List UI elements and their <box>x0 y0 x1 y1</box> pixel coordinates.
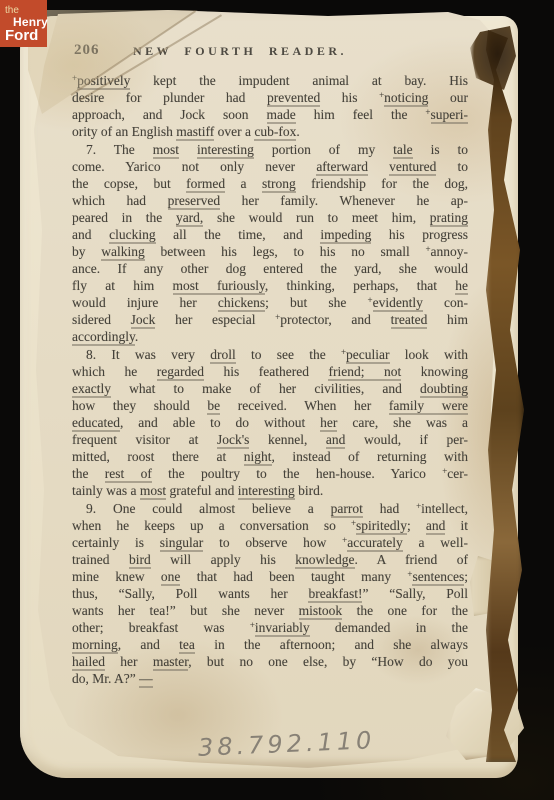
text-line: other; breakfast was +invariably demande… <box>72 619 468 636</box>
paragraph: 8. It was very droll to see the +peculia… <box>72 346 468 499</box>
scanned-book-page-photo: 206 NEW FOURTH READER. +positively kept … <box>0 0 554 800</box>
text-line: fly at him most furiously, thinking, per… <box>72 277 468 294</box>
text-line: trained bird will apply his knowledge. A… <box>72 551 468 568</box>
text-line: ority of an English mastiff over a cub-f… <box>72 123 468 140</box>
text-line: accordingly. <box>72 328 468 345</box>
text-line: come. Yarico not only never afterward ve… <box>72 158 468 175</box>
text-line: exactly what to make of her civilities, … <box>72 380 468 397</box>
text-line: mitted, roost there at night, instead of… <box>72 448 468 465</box>
text-line: morning, and tea in the afternoon; and s… <box>72 636 468 653</box>
text-line: frequent visitor at Jock's kennel, and w… <box>72 431 468 448</box>
text-line: 7. The most interesting portion of my ta… <box>72 141 468 158</box>
text-line: when he keeps up a conversation so +spir… <box>72 517 468 534</box>
text-line: approach, and Jock soon made him feel th… <box>72 106 468 123</box>
book-page: 206 NEW FOURTH READER. +positively kept … <box>28 10 508 768</box>
catalog-number-handwritten: 38.792.110 <box>197 726 375 762</box>
paragraph: 9. One could almost believe a parrot had… <box>72 500 468 687</box>
text-line: sidered Jock her especial +protector, an… <box>72 311 468 328</box>
henry-ford-logo: the Henry Ford <box>0 0 47 47</box>
text-line: tainly was a most grateful and interesti… <box>72 482 468 499</box>
paragraph: +positively kept the impudent animal at … <box>72 72 468 140</box>
text-line: educated, and able to do without her car… <box>72 414 468 431</box>
text-line: hailed her master, but no one else, by “… <box>72 653 468 670</box>
text-block: +positively kept the impudent animal at … <box>72 72 468 688</box>
logo-ford: Ford <box>5 27 38 44</box>
text-line: wants her tea!” but she never mistook th… <box>72 602 468 619</box>
text-line: 8. It was very droll to see the +peculia… <box>72 346 468 363</box>
text-line: do, Mr. A?” — <box>72 670 468 687</box>
paragraph: 7. The most interesting portion of my ta… <box>72 141 468 345</box>
text-line: which he regarded his feathered friend; … <box>72 363 468 380</box>
text-line: thus, “Sally, Poll wants her breakfast!”… <box>72 585 468 602</box>
text-line: peared in the yard, she would run to mee… <box>72 209 468 226</box>
text-line: would injure her chickens; but she +evid… <box>72 294 468 311</box>
text-line: certainly is singular to observe how +ac… <box>72 534 468 551</box>
text-line: how they should be received. When her fa… <box>72 397 468 414</box>
text-line: by walking between his legs, to his no s… <box>72 243 468 260</box>
text-line: which had preserved her family. Whenever… <box>72 192 468 209</box>
text-line: the copse, but formed a strong friendshi… <box>72 175 468 192</box>
text-line: desire for plunder had prevented his +no… <box>72 89 468 106</box>
text-line: +positively kept the impudent animal at … <box>72 72 468 89</box>
text-line: and clucking all the time, and impeding … <box>72 226 468 243</box>
text-line: 9. One could almost believe a parrot had… <box>72 500 468 517</box>
text-line: ance. If any other dog entered the yard,… <box>72 260 468 277</box>
text-line: the rest of the poultry to the hen-house… <box>72 465 468 482</box>
text-line: mine knew one that had been taught many … <box>72 568 468 585</box>
